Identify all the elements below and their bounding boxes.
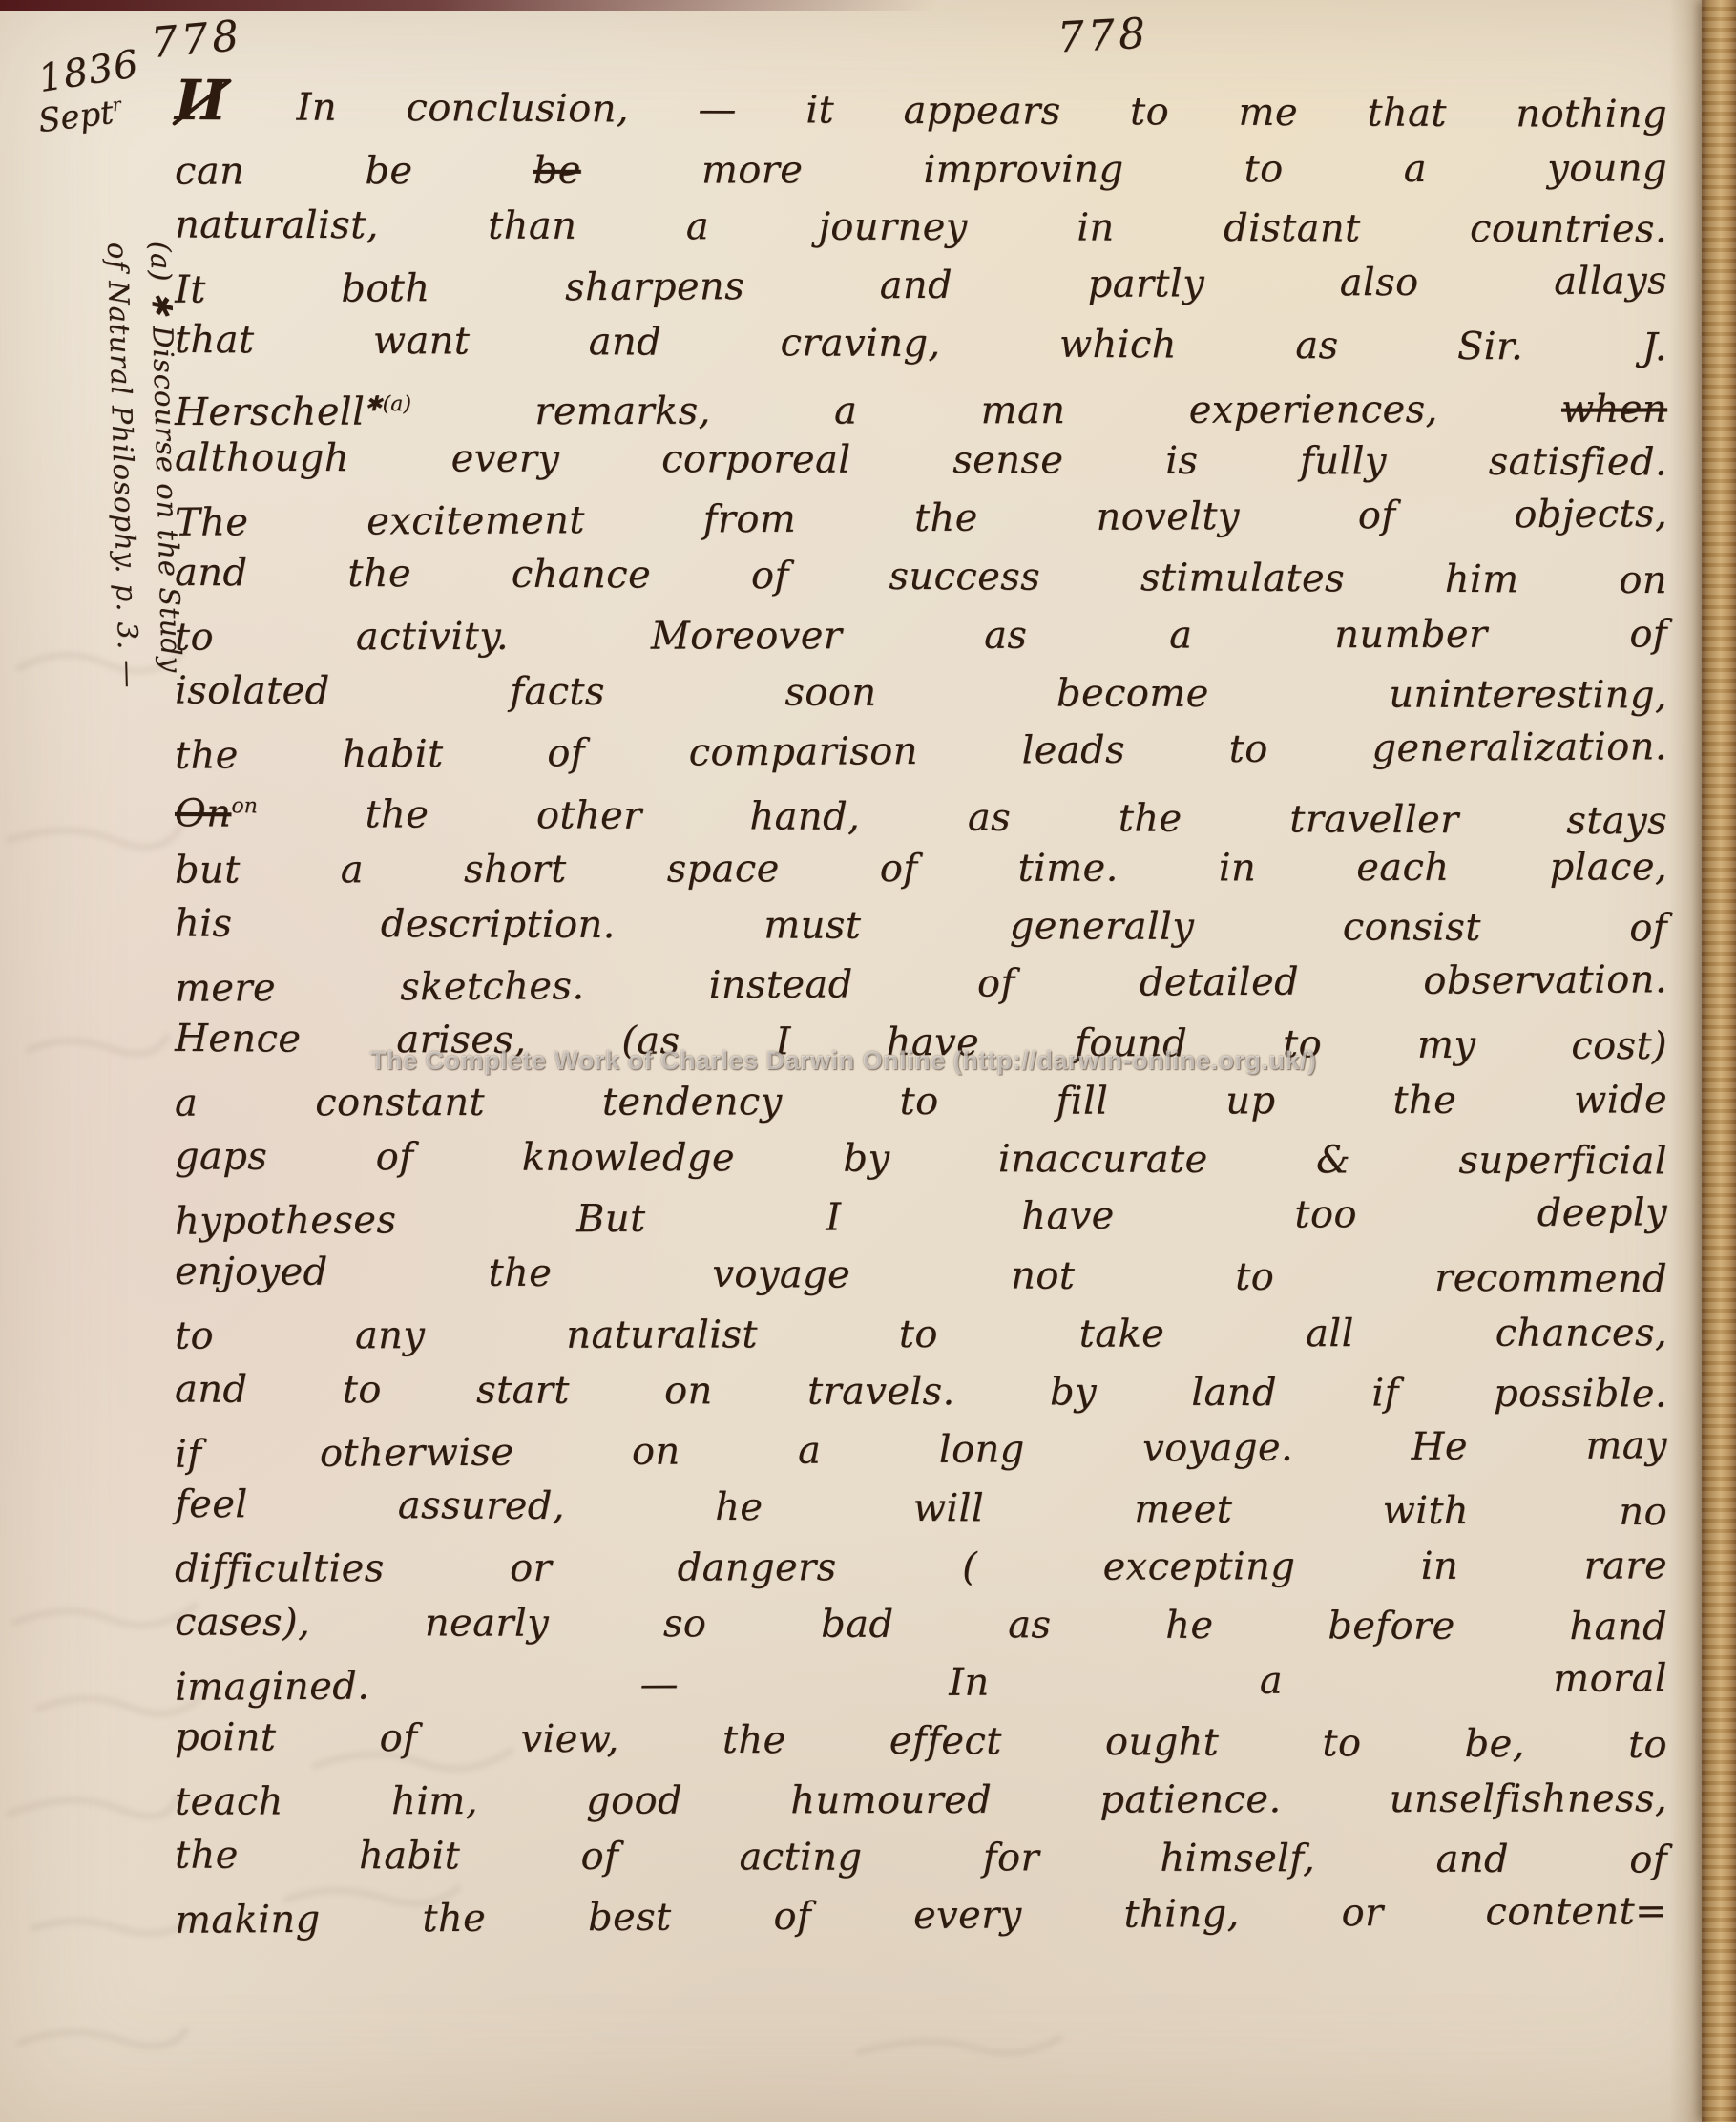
manuscript-line: can be be more improving to a young (175, 139, 1667, 200)
darwin-online-watermark: The Complete Work of Charles Darwin Onli… (370, 1046, 1468, 1076)
manuscript-line: making the best of every thing, or conte… (175, 1882, 1667, 1950)
handwritten-text: enjoyed the voyage not to recommend (175, 1250, 1667, 1301)
handwritten-text: that want and craving, which as Sir. J. (175, 318, 1667, 369)
handwritten-text: The excitement from the novelty of objec… (175, 492, 1667, 545)
deleted-word: when (1561, 388, 1667, 431)
handwritten-text: feel assured, he will meet with no (175, 1482, 1667, 1534)
handwritten-text: the habit of comparison leads to general… (175, 725, 1667, 778)
handwritten-text: to activity. Moreover as a number of (175, 612, 1667, 659)
manuscript-line: point of view, the effect ought to be, t… (175, 1709, 1667, 1775)
handwritten-text: naturalist, than a journey in distant co… (175, 203, 1667, 252)
manuscript-line: if otherwise on a long voyage. He may (175, 1417, 1667, 1484)
manuscript-line: It both sharpens and partly also allays (175, 252, 1667, 320)
handwritten-text: to any naturalist to take all chances, (175, 1311, 1667, 1357)
manuscript-line: imagined. — In a moral (175, 1649, 1667, 1717)
manuscript-line: The excitement from the novelty of objec… (175, 485, 1667, 553)
manuscript-line: the habit of comparison leads to general… (175, 718, 1667, 786)
handwritten-text: although every corporeal sense is fully … (175, 436, 1667, 485)
manuscript-line: but a short space of time. in each place… (175, 838, 1667, 899)
page-number-top-left: 778 (149, 11, 244, 68)
handwritten-text: isolated facts soon become uninteresting… (175, 669, 1667, 718)
handwritten-text: teach him, good humoured patience. unsel… (175, 1776, 1667, 1823)
handwritten-text: a constant tendency to fill up the wide (175, 1078, 1667, 1124)
manuscript-line: enjoyed the voyage not to recommend (175, 1243, 1667, 1309)
page-number-top-right: 778 (1056, 10, 1151, 63)
manuscript-line: his description. must generally consist … (175, 895, 1667, 958)
margin-month-text: Sept (36, 94, 115, 140)
manuscript-lines: II In conclusion, — it appears to me tha… (175, 82, 1667, 1945)
handwritten-text: difficulties or dangers ( excepting in r… (175, 1544, 1667, 1590)
superscript-insertion: on (231, 794, 258, 818)
manuscript-line: hypotheses But I have too deeply (175, 1184, 1667, 1251)
handwritten-text: remarks, a man experiences, (411, 388, 1561, 434)
manuscript-line: and the chance of success stimulates him… (175, 544, 1667, 610)
handwritten-text: cases), nearly so bad as he before hand (175, 1601, 1667, 1649)
manuscript-line: feel assured, he will meet with no (175, 1476, 1667, 1542)
handwritten-text: mere sketches. instead of detailed obser… (175, 957, 1667, 1011)
handwritten-text: more improving to a young (581, 146, 1667, 192)
handwritten-text: his description. must generally consist … (175, 902, 1667, 951)
handwritten-text: but a short space of time. in each place… (175, 845, 1667, 892)
manuscript-line: the habit of acting for himself, and of (175, 1827, 1667, 1890)
manuscript-line: Herschell✱(a) remarks, a man experiences… (175, 372, 1667, 433)
handwritten-text: if otherwise on a long voyage. He may (175, 1423, 1667, 1477)
handwritten-text: It both sharpens and partly also allays (175, 259, 1667, 312)
deleted-word: On (175, 791, 232, 835)
manuscript-line: difficulties or dangers ( excepting in r… (175, 1537, 1667, 1598)
manuscript-line: to any naturalist to take all chances, (175, 1304, 1667, 1365)
manuscript-line: mere sketches. instead of detailed obser… (175, 951, 1667, 1019)
superscript-insertion: ✱(a) (365, 392, 411, 416)
manuscript-line: gaps of knowledge by inaccurate & superf… (175, 1128, 1667, 1191)
manuscript-line: cases), nearly so bad as he before hand (175, 1594, 1667, 1657)
handwritten-text: Herschell (175, 390, 365, 434)
handwritten-text: the habit of acting for himself, and of (175, 1834, 1667, 1882)
manuscript-line: II In conclusion, — it appears to me tha… (175, 78, 1667, 144)
handwritten-text: making the best of every thing, or conte… (175, 1889, 1667, 1943)
margin-date-year: 1836 (35, 42, 142, 101)
handwritten-text: and the chance of success stimulates him… (175, 551, 1667, 602)
book-fore-edge (1702, 0, 1736, 2122)
book-cover-top-edge (0, 0, 964, 11)
deleted-word: be (533, 149, 581, 193)
manuscript-line: and to start on travels. by land if poss… (175, 1361, 1667, 1424)
handwritten-text: can be (175, 149, 533, 194)
handwritten-text: and to start on travels. by land if poss… (175, 1368, 1667, 1417)
handwritten-text: point of view, the effect ought to be, t… (175, 1715, 1667, 1767)
manuscript-line: although every corporeal sense is fully … (175, 430, 1667, 493)
handwritten-text: the other hand, as the traveller stays (258, 792, 1667, 844)
manuscript-line: to activity. Moreover as a number of (175, 605, 1667, 666)
page-edge-shadow (1669, 0, 1702, 2122)
manuscript-line: a constant tendency to fill up the wide (175, 1071, 1667, 1132)
handwritten-text: imagined. — In a moral (175, 1656, 1667, 1710)
manuscript-line: that want and craving, which as Sir. J. (175, 311, 1667, 377)
handwritten-text: gaps of knowledge by inaccurate & superf… (175, 1135, 1667, 1184)
margin-month-superscript: r (111, 95, 121, 116)
manuscript-line: Onon the other hand, as the traveller st… (175, 777, 1667, 843)
handwritten-text: In conclusion, — it appears to me that n… (227, 85, 1667, 137)
manuscript-page: 778 778 1836 Septr (a) ✱ Discourse on th… (0, 0, 1736, 2122)
manuscript-line: isolated facts soon become uninteresting… (175, 662, 1667, 725)
manuscript-line: teach him, good humoured patience. unsel… (175, 1770, 1667, 1831)
manuscript-line: naturalist, than a journey in distant co… (175, 197, 1667, 260)
handwritten-text: hypotheses But I have too deeply (175, 1190, 1667, 1244)
